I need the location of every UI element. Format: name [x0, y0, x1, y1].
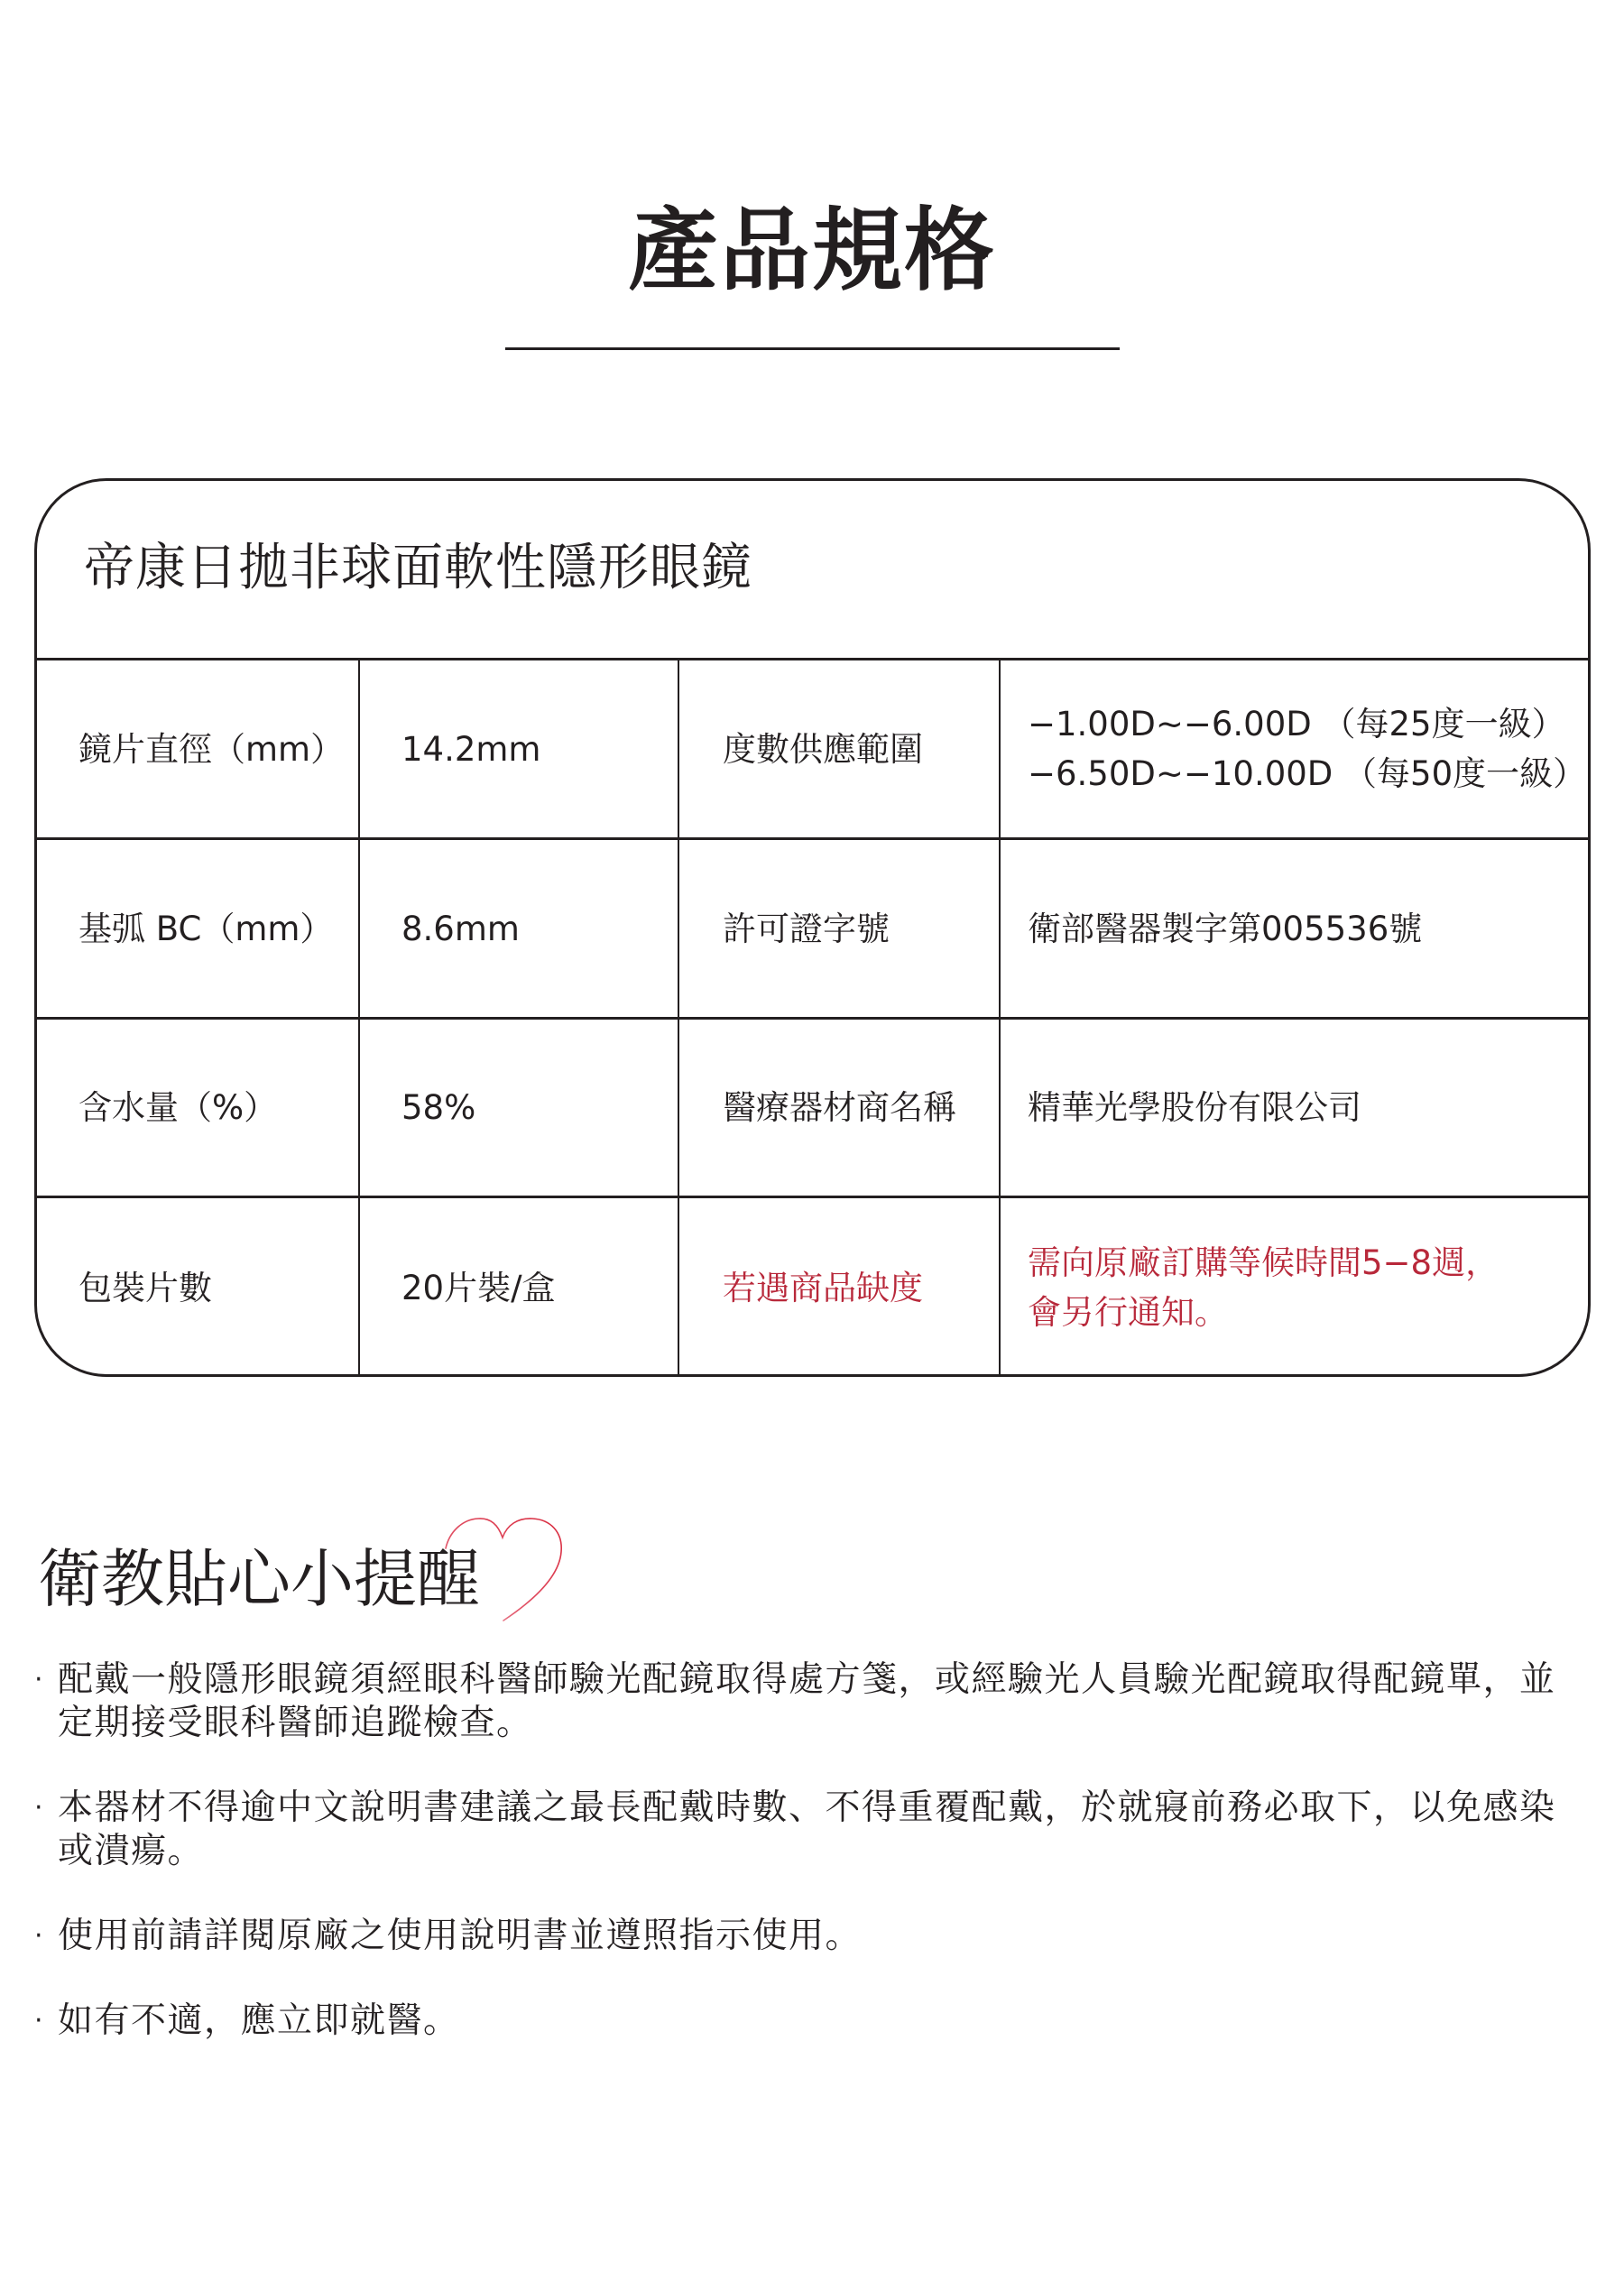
power-range-line-1: −1.00D~−6.00D （每25度一級） — [1028, 699, 1586, 749]
bullet-dot: · — [34, 2000, 44, 2043]
cell-text: 含水量（%） — [78, 1083, 277, 1132]
tip-text: 本器材不得逾中文說明書建議之最長配戴時數、不得重覆配戴，於就寢前務必取下，以免感… — [58, 1787, 1556, 1871]
list-item: · 如有不適，應立即就醫。 — [0, 2000, 1624, 2043]
list-item: · 配戴一般隱形眼鏡須經眼科醫師驗光配鏡取得處方箋，或經驗光人員驗光配鏡取得配鏡… — [0, 1658, 1624, 1745]
product-name: 帝康日拋非球面軟性隱形眼鏡 — [84, 537, 752, 600]
spec-label-vendor-name: 醫療器材商名稱 — [678, 1020, 999, 1196]
table-row: 包裝片數 20片裝/盒 若遇商品缺度 需向原廠訂購等候時間5−8週， 會另行通知… — [37, 1198, 1588, 1377]
spec-label-out-of-stock: 若遇商品缺度 — [678, 1198, 999, 1377]
spec-value-power-range: −1.00D~−6.00D （每25度一級） −6.50D~−10.00D （每… — [999, 660, 1588, 837]
tips-heading: 衛教貼心小提醒 — [38, 1536, 480, 1622]
cell-text: 鏡片直徑（mm） — [78, 725, 344, 774]
spec-value-water-content: 58% — [358, 1020, 678, 1196]
spec-value-diameter: 14.2mm — [358, 660, 678, 837]
spec-value-out-of-stock: 需向原廠訂購等候時間5−8週， 會另行通知。 — [999, 1198, 1588, 1377]
spec-label-base-curve: 基弧 BC（mm） — [37, 840, 358, 1017]
spec-value-vendor-name: 精華光學股份有限公司 — [999, 1020, 1588, 1196]
spec-value-pack-count: 20片裝/盒 — [358, 1198, 678, 1377]
spec-label-power-range: 度數供應範圍 — [678, 660, 999, 837]
table-row: 鏡片直徑（mm） 14.2mm 度數供應範圍 −1.00D~−6.00D （每2… — [37, 660, 1588, 840]
tips-list: · 配戴一般隱形眼鏡須經眼科醫師驗光配鏡取得處方箋，或經驗光人員驗光配鏡取得配鏡… — [0, 1658, 1624, 2084]
spec-value-license: 衛部醫器製字第005536號 — [999, 840, 1588, 1017]
cell-text: 20片裝/盒 — [401, 1263, 556, 1313]
spec-label-pack-count: 包裝片數 — [37, 1198, 358, 1377]
cell-text: 精華光學股份有限公司 — [1028, 1083, 1361, 1132]
heart-outline-icon — [438, 1512, 568, 1628]
cell-text: 58% — [401, 1083, 475, 1132]
spec-label-water-content: 含水量（%） — [37, 1020, 358, 1196]
out-of-stock-line-2: 會另行通知。 — [1028, 1288, 1499, 1337]
cell-text: 衛部醫器製字第005536號 — [1028, 904, 1422, 954]
cell-text: 若遇商品缺度 — [723, 1263, 923, 1313]
table-row: 含水量（%） 58% 醫療器材商名稱 精華光學股份有限公司 — [37, 1020, 1588, 1198]
list-item: · 本器材不得逾中文說明書建議之最長配戴時數、不得重覆配戴，於就寢前務必取下，以… — [0, 1787, 1624, 1873]
tip-text: 使用前請詳閱原廠之使用說明書並遵照指示使用。 — [58, 1916, 862, 1956]
title-underline-divider — [505, 347, 1120, 350]
spec-label-diameter: 鏡片直徑（mm） — [37, 660, 358, 837]
cell-text: 許可證字號 — [723, 904, 890, 954]
cell-text: 度數供應範圍 — [723, 725, 923, 774]
cell-text: 基弧 BC（mm） — [78, 904, 333, 954]
spec-table: 帝康日拋非球面軟性隱形眼鏡 鏡片直徑（mm） 14.2mm 度數供應範圍 −1.… — [34, 478, 1591, 1377]
spec-value-base-curve: 8.6mm — [358, 840, 678, 1017]
out-of-stock-line-1: 需向原廠訂購等候時間5−8週， — [1028, 1238, 1499, 1288]
page-title: 產品規格 — [0, 197, 1624, 305]
bullet-dot: · — [34, 1915, 44, 1958]
tip-text: 配戴一般隱形眼鏡須經眼科醫師驗光配鏡取得處方箋，或經驗光人員驗光配鏡取得配鏡單，… — [58, 1659, 1556, 1743]
cell-text: 14.2mm — [401, 725, 540, 774]
bullet-dot: · — [34, 1787, 44, 1830]
table-row: 基弧 BC（mm） 8.6mm 許可證字號 衛部醫器製字第005536號 — [37, 840, 1588, 1020]
spec-table-header: 帝康日拋非球面軟性隱形眼鏡 — [37, 481, 1588, 660]
tip-text: 如有不適，應立即就醫。 — [58, 2000, 460, 2041]
cell-text: 醫療器材商名稱 — [723, 1083, 956, 1132]
cell-text: 包裝片數 — [78, 1263, 212, 1313]
cell-text: 8.6mm — [401, 904, 520, 954]
bullet-dot: · — [34, 1658, 44, 1702]
list-item: · 使用前請詳閱原廠之使用說明書並遵照指示使用。 — [0, 1915, 1624, 1958]
power-range-line-2: −6.50D~−10.00D （每50度一級） — [1028, 749, 1586, 799]
spec-label-license: 許可證字號 — [678, 840, 999, 1017]
